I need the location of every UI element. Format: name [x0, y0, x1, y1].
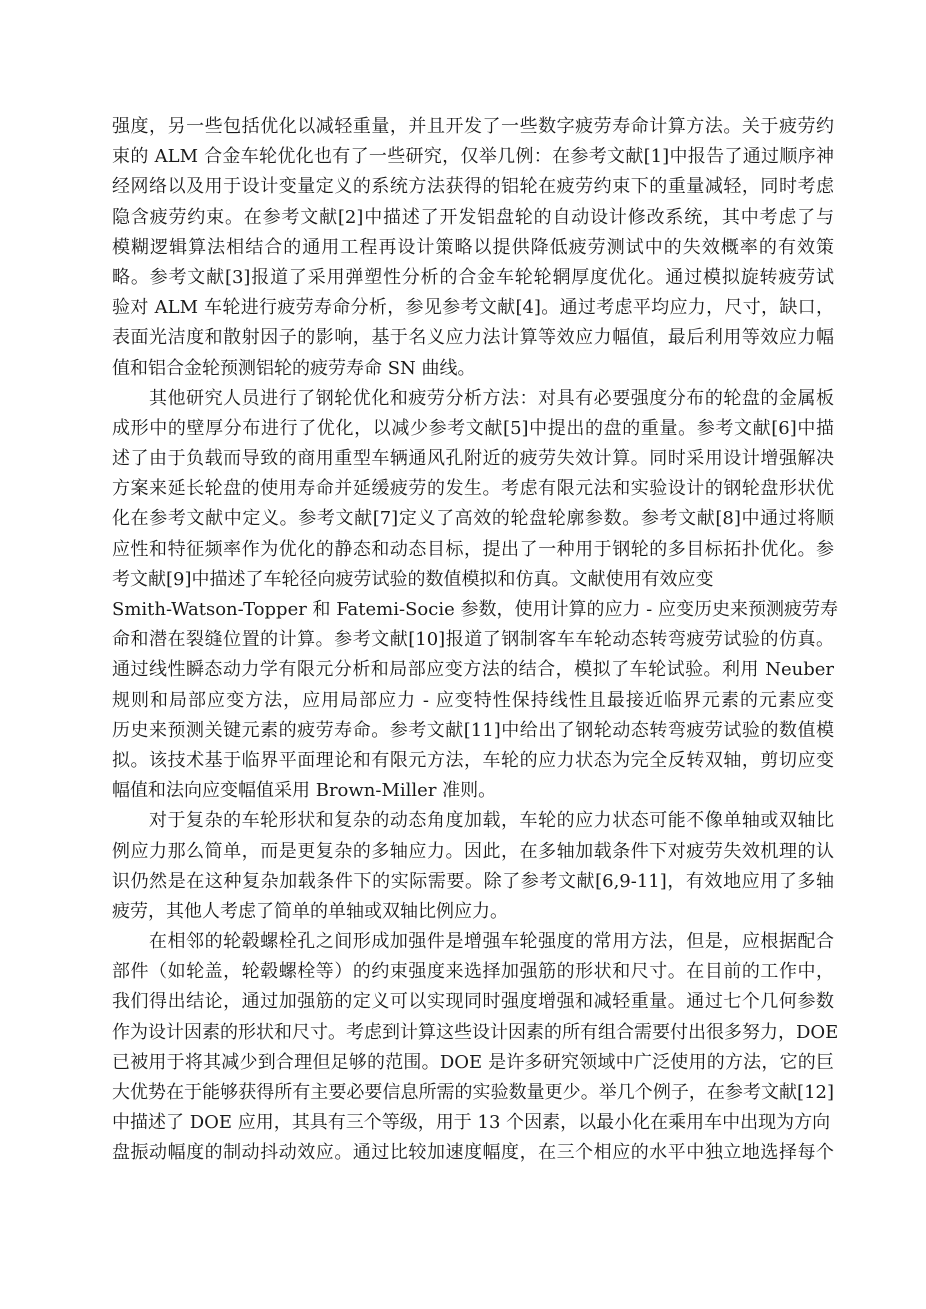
text-line: 疲劳，其他人考虑了简单的单轴或双轴比例应力。 — [112, 897, 834, 927]
text-line: 成形中的壁厚分布进行了优化，以减少参考文献[5]中提出的盘的重量。参考文献[6]… — [112, 414, 834, 444]
text-line: 已被用于将其减少到合理但足够的范围。DOE 是许多研究领域中广泛使用的方法，它的… — [112, 1048, 834, 1078]
text-line: 通过线性瞬态动力学有限元分析和局部应变方法的结合，模拟了车轮试验。利用 Neub… — [112, 655, 834, 685]
text-line: 述了由于负载而导致的商用重型车辆通风孔附近的疲劳失效计算。同时采用设计增强解决 — [112, 444, 834, 474]
text-line: 盘振动幅度的制动抖动效应。通过比较加速度幅度，在三个相应的水平中独立地选择每个 — [112, 1138, 834, 1168]
text-line: 拟。该技术基于临界平面理论和有限元方法，车轮的应力状态为完全反转双轴，剪切应变 — [112, 746, 834, 776]
text-line: 模糊逻辑算法相结合的通用工程再设计策略以提供降低疲劳测试中的失效概率的有效策 — [112, 233, 834, 263]
paragraph-4: 在相邻的轮毂螺栓孔之间形成加强件是增强车轮强度的常用方法，但是，应根据配合 部件… — [112, 927, 834, 1169]
paragraph-2: 其他研究人员进行了钢轮优化和疲劳分析方法：对具有必要强度分布的轮盘的金属板 成形… — [112, 384, 834, 807]
text-line: 略。参考文献[3]报道了采用弹塑性分析的合金车轮轮辋厚度优化。通过模拟旋转疲劳试 — [112, 263, 834, 293]
text-line: 强度，另一些包括优化以减轻重量，并且开发了一些数字疲劳寿命计算方法。关于疲劳约 — [112, 112, 834, 142]
text-line: 作为设计因素的形状和尺寸。考虑到计算这些设计因素的所有组合需要付出很多努力，DO… — [112, 1018, 834, 1048]
text-line: 经网络以及用于设计变量定义的系统方法获得的铝轮在疲劳约束下的重量减轻，同时考虑 — [112, 172, 834, 202]
document-page: 强度，另一些包括优化以减轻重量，并且开发了一些数字疲劳寿命计算方法。关于疲劳约 … — [112, 112, 834, 1169]
text-line: Smith-Watson-Topper 和 Fatemi-Socie 参数，使用… — [112, 595, 834, 625]
text-line: 其他研究人员进行了钢轮优化和疲劳分析方法：对具有必要强度分布的轮盘的金属板 — [112, 384, 834, 414]
text-line: 中描述了 DOE 应用，其具有三个等级，用于 13 个因素，以最小化在乘用车中出… — [112, 1108, 834, 1138]
text-line: 值和铝合金轮预测铝轮的疲劳寿命 SN 曲线。 — [112, 354, 834, 384]
text-line: 化在参考文献中定义。参考文献[7]定义了高效的轮盘轮廓参数。参考文献[8]中通过… — [112, 504, 834, 534]
paragraph-1: 强度，另一些包括优化以减轻重量，并且开发了一些数字疲劳寿命计算方法。关于疲劳约 … — [112, 112, 834, 384]
text-line: 束的 ALM 合金车轮优化也有了一些研究，仅举几例：在参考文献[1]中报告了通过… — [112, 142, 834, 172]
text-line: 大优势在于能够获得所有主要必要信息所需的实验数量更少。举几个例子，在参考文献[1… — [112, 1078, 834, 1108]
text-line: 例应力那么简单，而是更复杂的多轴应力。因此，在多轴加载条件下对疲劳失效机理的认 — [112, 837, 834, 867]
text-line: 幅值和法向应变幅值采用 Brown-Miller 准则。 — [112, 776, 834, 806]
text-line: 命和潜在裂缝位置的计算。参考文献[10]报道了钢制客车车轮动态转弯疲劳试验的仿真… — [112, 625, 834, 655]
text-line: 我们得出结论，通过加强筋的定义可以实现同时强度增强和减轻重量。通过七个几何参数 — [112, 987, 834, 1017]
text-line: 隐含疲劳约束。在参考文献[2]中描述了开发铝盘轮的自动设计修改系统，其中考虑了与 — [112, 203, 834, 233]
text-line: 识仍然是在这种复杂加载条件下的实际需要。除了参考文献[6,9-11]，有效地应用… — [112, 867, 834, 897]
text-line: 部件（如轮盖，轮毂螺栓等）的约束强度来选择加强筋的形状和尺寸。在目前的工作中， — [112, 957, 834, 987]
text-line: 考文献[9]中描述了车轮径向疲劳试验的数值模拟和仿真。文献使用有效应变 — [112, 565, 834, 595]
paragraph-3: 对于复杂的车轮形状和复杂的动态角度加载，车轮的应力状态可能不像单轴或双轴比 例应… — [112, 806, 834, 927]
text-line: 验对 ALM 车轮进行疲劳寿命分析，参见参考文献[4]。通过考虑平均应力，尺寸，… — [112, 293, 834, 323]
text-line: 历史来预测关键元素的疲劳寿命。参考文献[11]中给出了钢轮动态转弯疲劳试验的数值… — [112, 716, 834, 746]
text-line: 表面光洁度和散射因子的影响，基于名义应力法计算等效应力幅值，最后利用等效应力幅 — [112, 323, 834, 353]
text-line: 对于复杂的车轮形状和复杂的动态角度加载，车轮的应力状态可能不像单轴或双轴比 — [112, 806, 834, 836]
text-line: 方案来延长轮盘的使用寿命并延缓疲劳的发生。考虑有限元法和实验设计的钢轮盘形状优 — [112, 474, 834, 504]
text-line: 应性和特征频率作为优化的静态和动态目标，提出了一种用于钢轮的多目标拓扑优化。参 — [112, 535, 834, 565]
text-line: 在相邻的轮毂螺栓孔之间形成加强件是增强车轮强度的常用方法，但是，应根据配合 — [112, 927, 834, 957]
text-line: 规则和局部应变方法，应用局部应力 - 应变特性保持线性且最接近临界元素的元素应变 — [112, 686, 834, 716]
